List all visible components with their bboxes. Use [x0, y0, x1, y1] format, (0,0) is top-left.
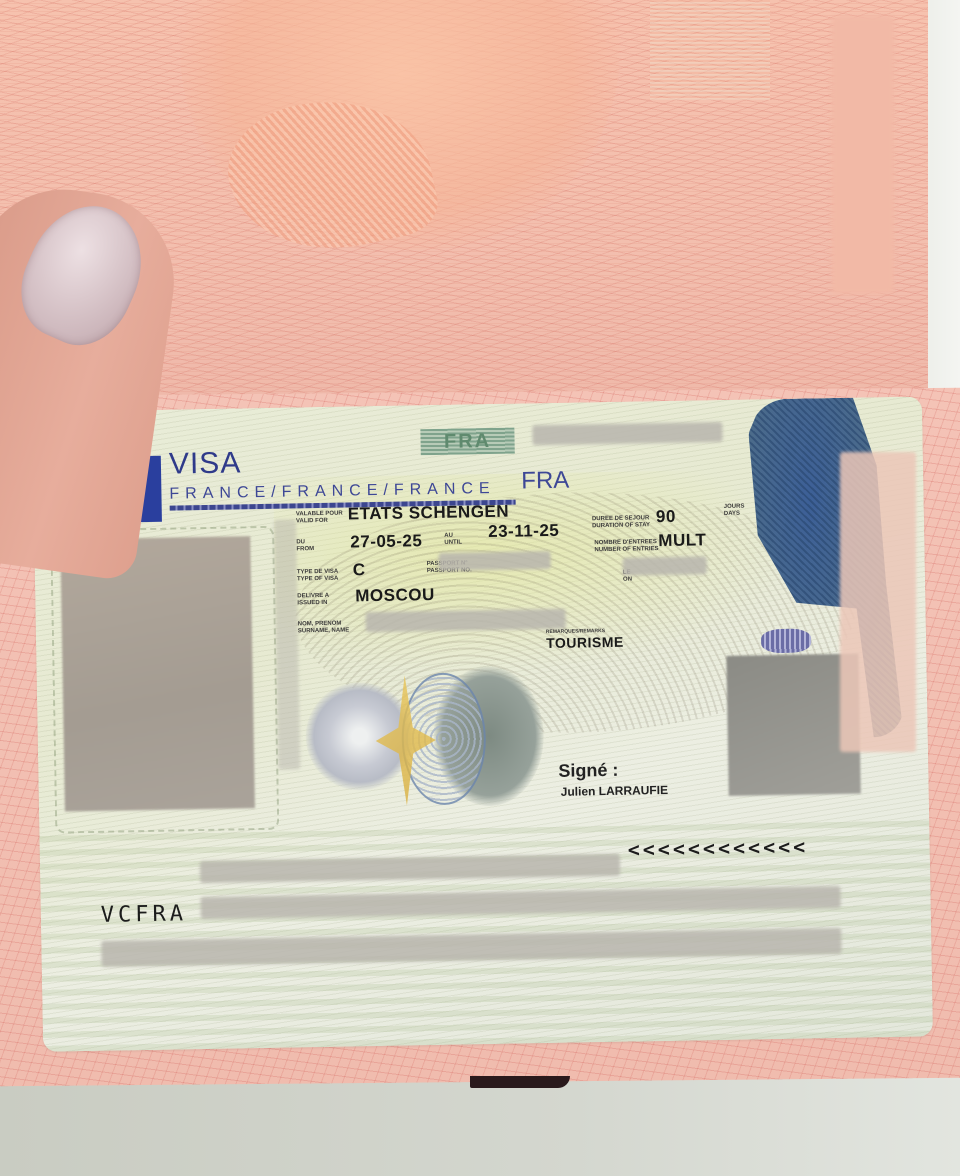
remarks-value: TOURISME: [546, 634, 624, 651]
redacted-photo: [60, 536, 255, 811]
redacted-passport-number: [439, 551, 551, 571]
visa-sticker: ★★★★★★★★★★★★ EU VISA FRANCE/FRANCE/FRANC…: [32, 396, 933, 1051]
until-date: 23-11-25: [488, 521, 559, 542]
redacted-area: [274, 519, 300, 769]
name-label: NOM, PRENOMSURNAME, NAME: [298, 620, 352, 635]
redacted-issue-date: [623, 556, 707, 575]
redacted-area: [840, 452, 916, 752]
valid-for-label: VALABLE POURVALID FOR: [296, 510, 350, 525]
from-label: DUFROM: [296, 538, 350, 553]
issued-in-label: DELIVRE AISSUED IN: [297, 592, 351, 607]
passport-cover-edge: [470, 1076, 570, 1088]
purple-security-pattern: [761, 628, 811, 653]
security-seal: [305, 665, 538, 819]
mrz-filler: <<<<<<<<<<<<: [628, 835, 809, 862]
visa-type-label: TYPE DE VISATYPE OF VISA: [297, 568, 351, 583]
signature-label: Signé :: [558, 760, 618, 782]
duration-unit: JOURSDAYS: [724, 503, 754, 518]
from-date: 27-05-25: [350, 531, 422, 552]
page-number-watermark: [650, 0, 770, 100]
signatory-name: Julien LARRAUFIE: [561, 783, 669, 799]
valid-for-value: ETATS SCHENGEN: [348, 502, 510, 525]
until-label: AUUNTIL: [444, 532, 474, 547]
country-code: FRA: [521, 467, 569, 496]
fra-hologram: FRA: [420, 428, 514, 456]
entries-value: MULT: [658, 530, 706, 551]
entries-label: NOMBRE D'ENTREESNUMBER OF ENTRIES: [594, 539, 660, 554]
issued-in-value: MOSCOU: [355, 585, 435, 606]
visa-title: VISA: [169, 446, 242, 481]
redacted-area: [532, 422, 722, 445]
mrz-line-1-prefix: VCFRA: [101, 901, 188, 928]
duration-value: 90: [656, 507, 676, 527]
visa-type-value: C: [353, 560, 366, 580]
duration-label: DUREE DE SEJOURDURATION OF STAY: [592, 515, 652, 530]
redacted-area: [832, 16, 894, 294]
redacted-name: [366, 609, 566, 632]
